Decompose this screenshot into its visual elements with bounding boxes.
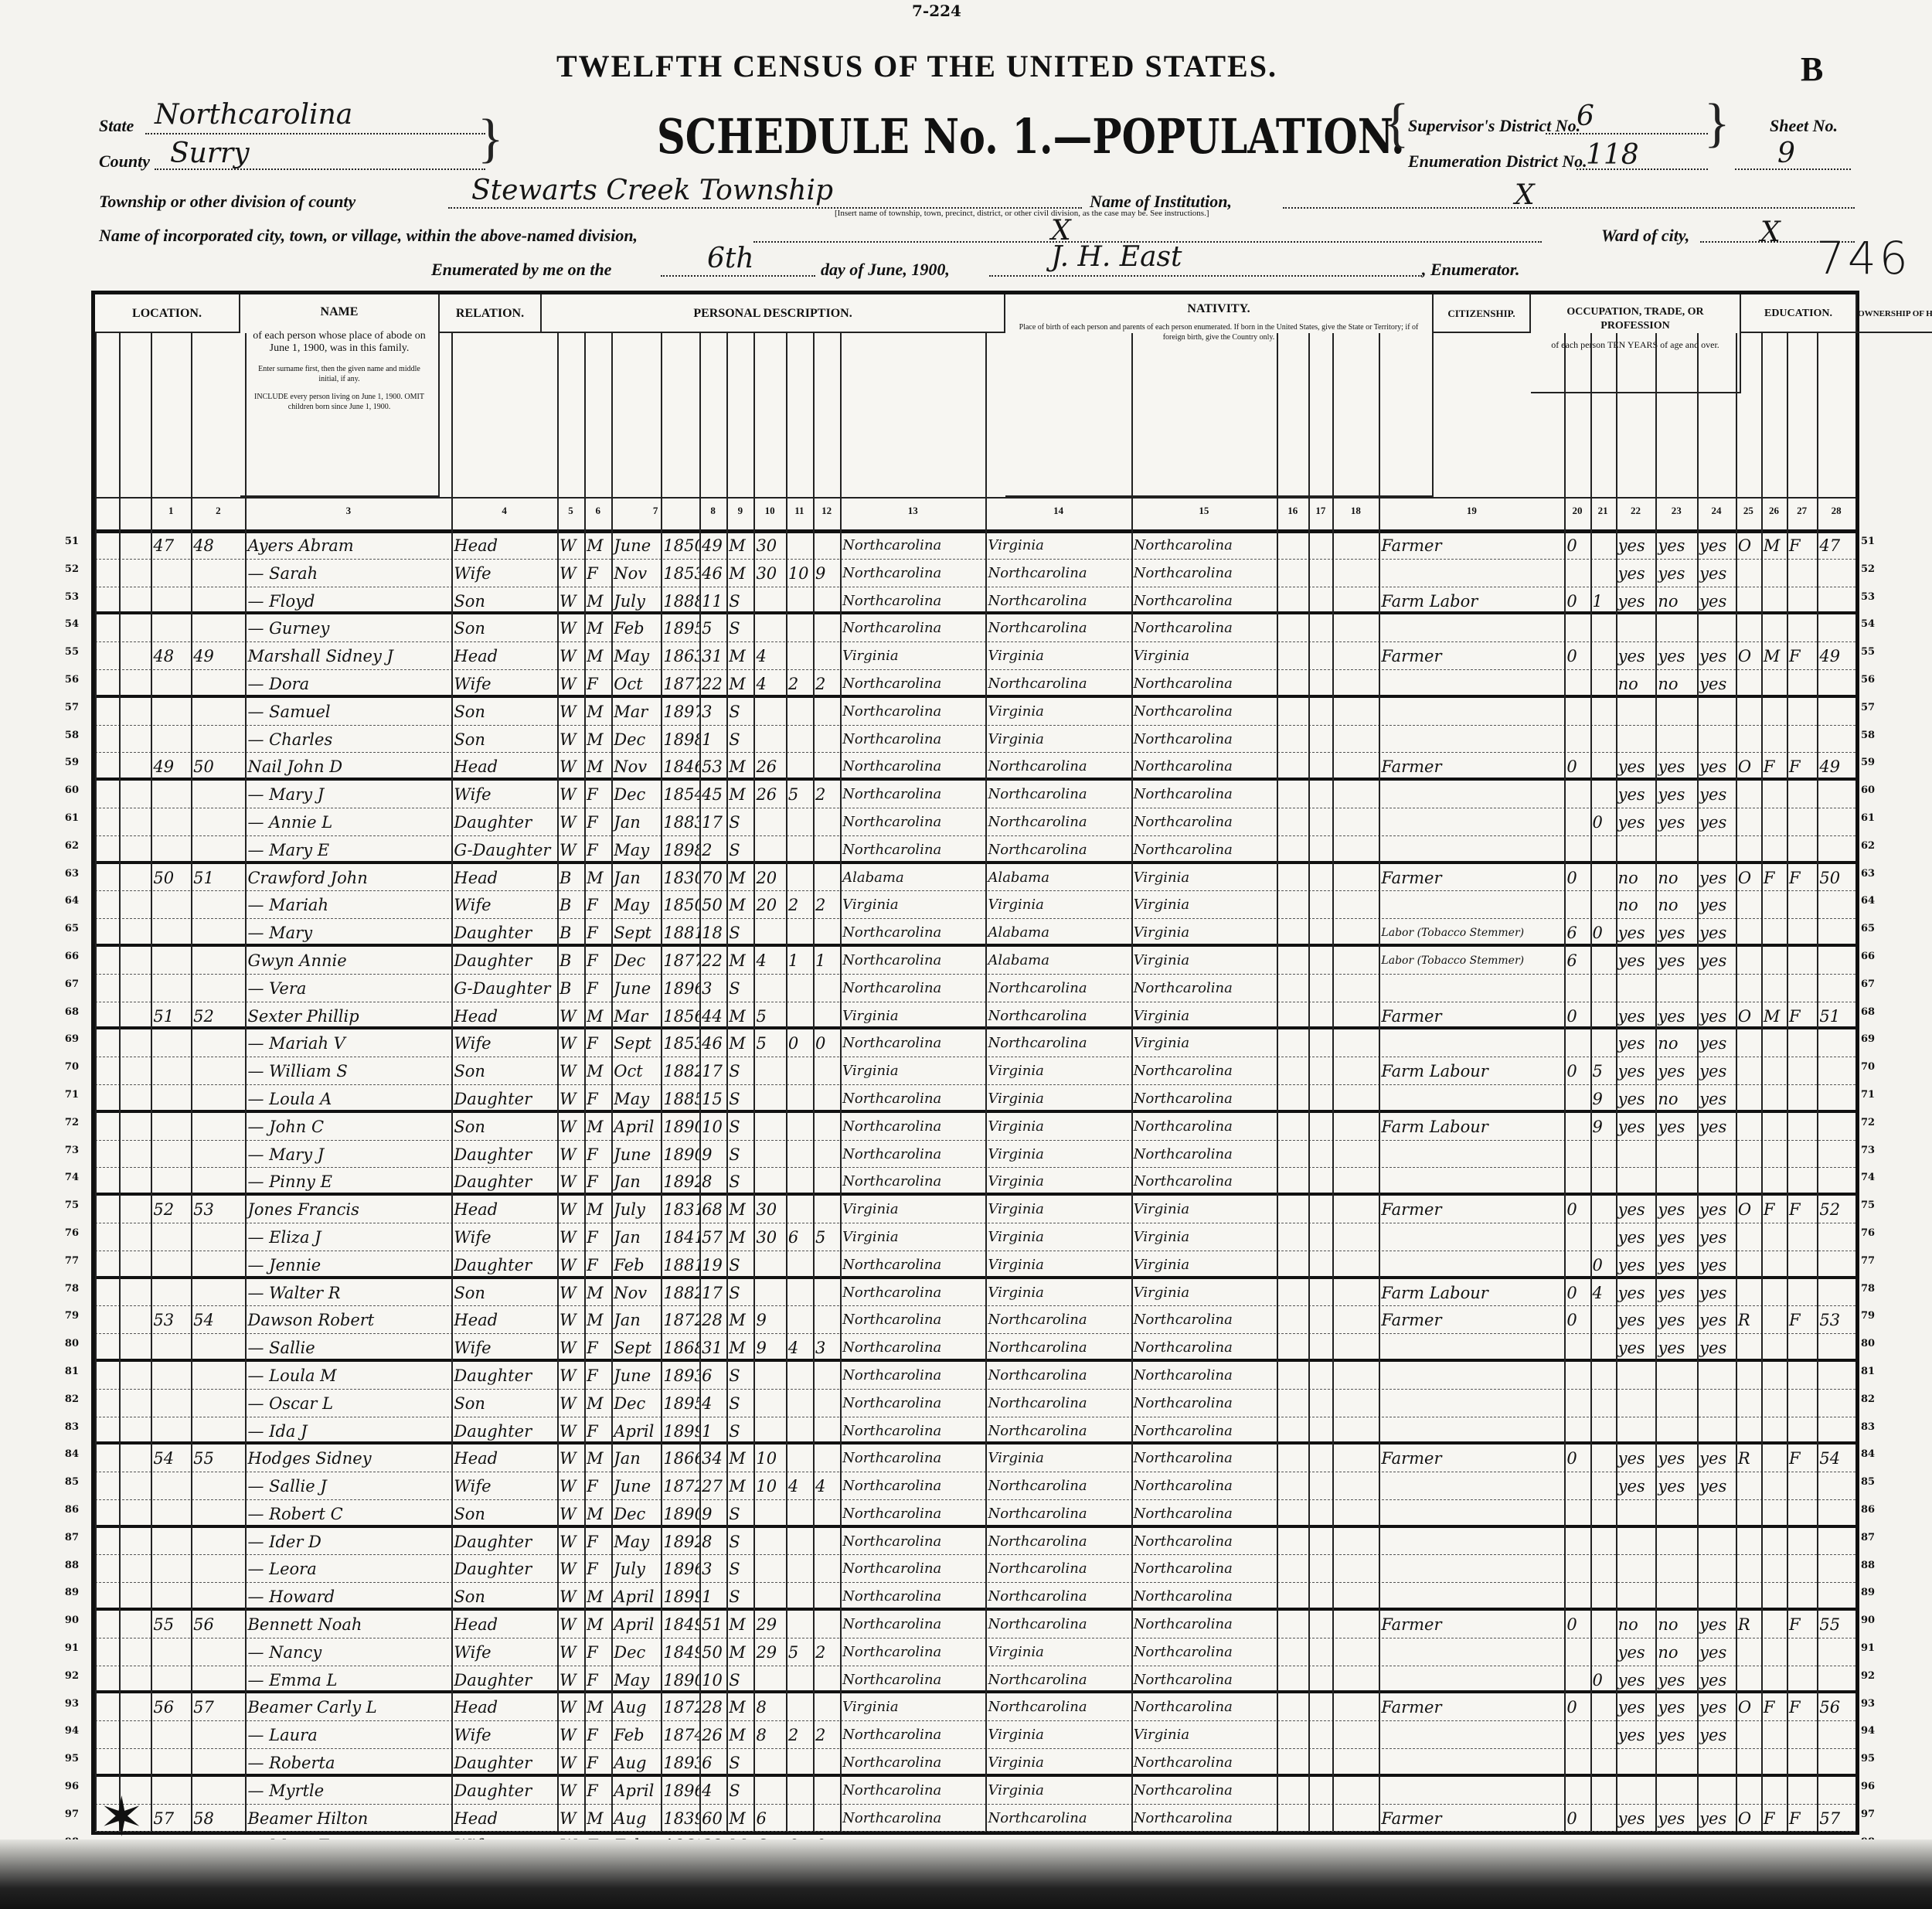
relation-cell: Daughter bbox=[451, 919, 557, 944]
occupation-cell: Farmer bbox=[1379, 532, 1564, 559]
mortgage-cell bbox=[1761, 891, 1787, 918]
sex-cell: M bbox=[584, 642, 611, 669]
age-cell: 3 bbox=[699, 698, 726, 725]
schedule-cell bbox=[1817, 560, 1855, 587]
unemployed-cell: 0 bbox=[1564, 864, 1590, 891]
father-birth-cell: Northcarolina bbox=[985, 975, 1131, 1002]
farm-cell: F bbox=[1787, 1805, 1817, 1832]
line-number: 56 bbox=[56, 674, 79, 686]
marital-cell: M bbox=[726, 1196, 753, 1223]
dwelling-cell bbox=[151, 1417, 191, 1442]
years-married-cell: 20 bbox=[753, 891, 785, 918]
farm-cell bbox=[1787, 1417, 1817, 1442]
name-cell: — Vera bbox=[245, 975, 451, 1002]
month-cell: June bbox=[611, 975, 661, 1002]
unemployed-cell bbox=[1564, 1334, 1590, 1359]
mortgage-cell bbox=[1761, 670, 1787, 695]
empty-cell bbox=[1308, 1749, 1332, 1774]
dwelling-cell bbox=[151, 1113, 191, 1140]
dwelling-cell bbox=[151, 1500, 191, 1525]
group-nativity: NATIVITY. Place of birth of each person … bbox=[1005, 294, 1434, 497]
birth-cell: Virginia bbox=[840, 642, 985, 669]
column-divider bbox=[813, 333, 815, 1831]
month-cell: Nov bbox=[611, 1279, 661, 1306]
line-number: 85 bbox=[56, 1476, 79, 1488]
race-cell: W bbox=[557, 532, 584, 559]
dwelling-cell bbox=[151, 1223, 191, 1251]
empty-cell bbox=[1332, 1141, 1379, 1168]
year-cell: 1854 bbox=[661, 781, 699, 808]
years-married-cell: 30 bbox=[753, 532, 785, 559]
line-number: 53 bbox=[1861, 591, 1884, 603]
english-cell: yes bbox=[1697, 1805, 1736, 1832]
line-number: 52 bbox=[1861, 563, 1884, 575]
unemployed-cell: 0 bbox=[1564, 642, 1590, 669]
line-number: 89 bbox=[1861, 1587, 1884, 1598]
race-cell: W bbox=[557, 587, 584, 612]
age-cell: 46 bbox=[699, 560, 726, 587]
empty-cell bbox=[95, 753, 119, 778]
empty-cell bbox=[1277, 836, 1308, 861]
year-cell: 1863 bbox=[661, 642, 699, 669]
empty-cell bbox=[119, 1666, 151, 1691]
school-cell bbox=[1590, 1472, 1616, 1499]
empty-cell bbox=[95, 1141, 119, 1168]
schedule-cell bbox=[1817, 1251, 1855, 1276]
marital-cell: S bbox=[726, 614, 753, 641]
empty-cell bbox=[1332, 1196, 1379, 1223]
schedule-cell bbox=[1817, 1555, 1855, 1582]
empty-cell bbox=[1277, 1721, 1308, 1748]
age-cell: 15 bbox=[699, 1085, 726, 1110]
schedule-cell bbox=[1817, 1113, 1855, 1140]
column-number: 25 bbox=[1736, 505, 1761, 517]
living-cell bbox=[813, 1611, 840, 1638]
year-cell: 1892 bbox=[661, 1168, 699, 1193]
english-cell: yes bbox=[1697, 1113, 1736, 1140]
line-number: 84 bbox=[56, 1448, 79, 1460]
mother-of-cell: 5 bbox=[786, 1638, 813, 1666]
school-cell bbox=[1590, 532, 1616, 559]
empty-cell bbox=[119, 1528, 151, 1555]
birth-cell: Northcarolina bbox=[840, 1334, 985, 1359]
english-cell: yes bbox=[1697, 1029, 1736, 1057]
empty-cell bbox=[1277, 1611, 1308, 1638]
english-cell bbox=[1697, 1749, 1736, 1774]
birth-cell: Northcarolina bbox=[840, 1721, 985, 1748]
empty-cell bbox=[1332, 1638, 1379, 1666]
age-cell: 17 bbox=[699, 1279, 726, 1306]
birth-cell: Virginia bbox=[840, 1002, 985, 1027]
school-cell: 9 bbox=[1590, 1085, 1616, 1110]
occupation-cell: Farm Labour bbox=[1379, 1057, 1564, 1084]
race-cell: W bbox=[557, 753, 584, 778]
father-birth-cell: Northcarolina bbox=[985, 1334, 1131, 1359]
read-cell: yes bbox=[1616, 1334, 1656, 1359]
farm-cell bbox=[1787, 1113, 1817, 1140]
name-cell: — Roberta bbox=[245, 1749, 451, 1774]
mortgage-cell bbox=[1761, 1472, 1787, 1499]
dwelling-cell: 56 bbox=[151, 1693, 191, 1720]
farm-cell bbox=[1787, 1279, 1817, 1306]
line-number: 56 bbox=[1861, 674, 1884, 686]
mother-birth-cell: Northcarolina bbox=[1131, 1805, 1277, 1832]
father-birth-cell: Virginia bbox=[985, 1196, 1131, 1223]
mother-birth-cell: Northcarolina bbox=[1131, 614, 1277, 641]
owned-cell bbox=[1736, 1638, 1761, 1666]
empty-cell bbox=[1332, 1583, 1379, 1608]
dwelling-cell bbox=[151, 726, 191, 753]
mother-of-cell bbox=[786, 753, 813, 778]
dwelling-cell bbox=[151, 891, 191, 918]
mother-of-cell bbox=[786, 642, 813, 669]
occupation-cell bbox=[1379, 1777, 1564, 1804]
write-cell: no bbox=[1655, 1638, 1697, 1666]
race-cell: W bbox=[557, 1279, 584, 1306]
month-cell: Mar bbox=[611, 1002, 661, 1027]
owned-cell bbox=[1736, 670, 1761, 695]
owned-cell bbox=[1736, 1168, 1761, 1193]
write-cell bbox=[1655, 614, 1697, 641]
sex-cell: M bbox=[584, 1279, 611, 1306]
father-birth-cell: Virginia bbox=[985, 1638, 1131, 1666]
english-cell bbox=[1697, 698, 1736, 725]
empty-cell bbox=[1277, 808, 1308, 835]
family-cell: 58 bbox=[191, 1805, 245, 1832]
year-cell: 1849 bbox=[661, 1638, 699, 1666]
school-cell bbox=[1590, 1611, 1616, 1638]
empty-cell bbox=[1332, 1721, 1379, 1748]
year-cell: 1890 bbox=[661, 1500, 699, 1525]
mother-birth-cell: Northcarolina bbox=[1131, 670, 1277, 695]
race-cell: W bbox=[557, 1113, 584, 1140]
age-cell: 8 bbox=[699, 1528, 726, 1555]
school-cell bbox=[1590, 947, 1616, 974]
unemployed-cell bbox=[1564, 614, 1590, 641]
mother-of-cell bbox=[786, 1251, 813, 1276]
empty-cell bbox=[1308, 975, 1332, 1002]
month-cell: Sept bbox=[611, 1029, 661, 1057]
marital-cell: M bbox=[726, 947, 753, 974]
read-cell: no bbox=[1616, 891, 1656, 918]
schedule-cell: 49 bbox=[1817, 753, 1855, 778]
years-married-cell: 30 bbox=[753, 1223, 785, 1251]
sex-cell: M bbox=[584, 1583, 611, 1608]
mother-birth-cell: Northcarolina bbox=[1131, 1362, 1277, 1389]
living-cell bbox=[813, 836, 840, 861]
living-cell bbox=[813, 1141, 840, 1168]
line-number: 79 bbox=[56, 1310, 79, 1322]
mortgage-cell bbox=[1761, 975, 1787, 1002]
mother-of-cell bbox=[786, 836, 813, 861]
sex-cell: M bbox=[584, 698, 611, 725]
mother-birth-cell: Virginia bbox=[1131, 1196, 1277, 1223]
english-cell: yes bbox=[1697, 1445, 1736, 1472]
dwelling-cell bbox=[151, 1251, 191, 1276]
living-cell bbox=[813, 1251, 840, 1276]
english-cell: yes bbox=[1697, 947, 1736, 974]
line-number: 54 bbox=[56, 618, 79, 630]
year-cell: 1893 bbox=[661, 1749, 699, 1774]
mother-of-cell bbox=[786, 1500, 813, 1525]
dwelling-cell bbox=[151, 1362, 191, 1389]
dwelling-cell bbox=[151, 560, 191, 587]
mother-of-cell bbox=[786, 1390, 813, 1417]
father-birth-cell: Northcarolina bbox=[985, 1002, 1131, 1027]
unemployed-cell: 0 bbox=[1564, 1057, 1590, 1084]
race-cell: W bbox=[557, 670, 584, 695]
write-cell: yes bbox=[1655, 919, 1697, 944]
dwelling-cell: 53 bbox=[151, 1306, 191, 1333]
name-cell: — Floyd bbox=[245, 587, 451, 612]
sheet-number: 9 bbox=[1777, 138, 1795, 169]
dwelling-cell bbox=[151, 1749, 191, 1774]
occupation-cell: Farmer bbox=[1379, 1805, 1564, 1832]
empty-cell bbox=[1332, 726, 1379, 753]
write-cell bbox=[1655, 1749, 1697, 1774]
unemployed-cell: 0 bbox=[1564, 532, 1590, 559]
school-cell bbox=[1590, 560, 1616, 587]
empty-cell bbox=[1308, 1168, 1332, 1193]
write-cell: yes bbox=[1655, 1693, 1697, 1720]
empty-cell bbox=[119, 1002, 151, 1027]
age-cell: 18 bbox=[699, 919, 726, 944]
dwelling-cell bbox=[151, 1168, 191, 1193]
relation-cell: G-Daughter bbox=[451, 975, 557, 1002]
population-table: LOCATION. NAME of each person whose plac… bbox=[91, 291, 1859, 1835]
relation-cell: Daughter bbox=[451, 1141, 557, 1168]
write-cell: yes bbox=[1655, 781, 1697, 808]
column-number: 28 bbox=[1817, 505, 1855, 517]
owned-cell: R bbox=[1736, 1611, 1761, 1638]
english-cell: yes bbox=[1697, 670, 1736, 695]
school-cell: 0 bbox=[1590, 808, 1616, 835]
line-number: 66 bbox=[56, 951, 79, 962]
mortgage-cell bbox=[1761, 781, 1787, 808]
dwelling-cell bbox=[151, 1777, 191, 1804]
line-number: 70 bbox=[56, 1061, 79, 1073]
empty-cell bbox=[95, 1334, 119, 1359]
father-birth-cell: Northcarolina bbox=[985, 614, 1131, 641]
empty-cell bbox=[1277, 532, 1308, 559]
empty-cell bbox=[1332, 1666, 1379, 1691]
relation-cell: Head bbox=[451, 642, 557, 669]
schedule-cell bbox=[1817, 1417, 1855, 1442]
group-name: NAME of each person whose place of abode… bbox=[240, 294, 440, 497]
year-cell: 1897 bbox=[661, 698, 699, 725]
empty-cell bbox=[119, 1168, 151, 1193]
dwelling-cell: 55 bbox=[151, 1611, 191, 1638]
unemployed-cell: 0 bbox=[1564, 1306, 1590, 1333]
line-number: 64 bbox=[56, 895, 79, 907]
race-cell: W bbox=[557, 560, 584, 587]
unemployed-cell bbox=[1564, 1528, 1590, 1555]
owned-cell bbox=[1736, 614, 1761, 641]
mother-of-cell bbox=[786, 1555, 813, 1582]
english-cell: yes bbox=[1697, 642, 1736, 669]
mother-of-cell bbox=[786, 1749, 813, 1774]
empty-cell bbox=[95, 1196, 119, 1223]
occupation-cell bbox=[1379, 1390, 1564, 1417]
english-cell: yes bbox=[1697, 1611, 1736, 1638]
stamp-number: 746 bbox=[1816, 232, 1911, 284]
english-cell: yes bbox=[1697, 560, 1736, 587]
family-cell bbox=[191, 919, 245, 944]
birth-cell: Northcarolina bbox=[840, 919, 985, 944]
line-number: 95 bbox=[1861, 1753, 1884, 1764]
owned-cell: O bbox=[1736, 642, 1761, 669]
years-married-cell bbox=[753, 1279, 785, 1306]
birth-cell: Northcarolina bbox=[840, 726, 985, 753]
mortgage-cell bbox=[1761, 698, 1787, 725]
mortgage-cell bbox=[1761, 614, 1787, 641]
father-birth-cell: Northcarolina bbox=[985, 560, 1131, 587]
birth-cell: Northcarolina bbox=[840, 532, 985, 559]
family-cell: 49 bbox=[191, 642, 245, 669]
birth-cell: Northcarolina bbox=[840, 1555, 985, 1582]
empty-cell bbox=[95, 1417, 119, 1442]
mortgage-cell bbox=[1761, 1417, 1787, 1442]
name-cell: — John C bbox=[245, 1113, 451, 1140]
write-cell: yes bbox=[1655, 1223, 1697, 1251]
empty-cell bbox=[1308, 1390, 1332, 1417]
year-cell: 1872 bbox=[661, 1693, 699, 1720]
empty-cell bbox=[1308, 1029, 1332, 1057]
mother-birth-cell: Northcarolina bbox=[1131, 808, 1277, 835]
empty-cell bbox=[119, 614, 151, 641]
line-number: 75 bbox=[56, 1200, 79, 1211]
race-cell: W bbox=[557, 698, 584, 725]
empty-cell bbox=[1308, 781, 1332, 808]
enumerator-label: , Enumerator. bbox=[1422, 260, 1520, 280]
marital-cell: S bbox=[726, 975, 753, 1002]
read-cell: yes bbox=[1616, 1113, 1656, 1140]
month-cell: Jan bbox=[611, 1445, 661, 1472]
living-cell bbox=[813, 1168, 840, 1193]
sex-cell: M bbox=[584, 864, 611, 891]
read-cell bbox=[1616, 726, 1656, 753]
family-cell bbox=[191, 1638, 245, 1666]
family-cell bbox=[191, 1472, 245, 1499]
unemployed-cell bbox=[1564, 808, 1590, 835]
empty-cell bbox=[119, 1223, 151, 1251]
race-cell: W bbox=[557, 1749, 584, 1774]
month-cell: May bbox=[611, 1528, 661, 1555]
year-cell: 1882 bbox=[661, 1279, 699, 1306]
line-number: 68 bbox=[1861, 1006, 1884, 1018]
family-cell bbox=[191, 1749, 245, 1774]
year-cell: 1866 bbox=[661, 1445, 699, 1472]
mother-birth-cell: Northcarolina bbox=[1131, 1113, 1277, 1140]
write-cell: yes bbox=[1655, 1445, 1697, 1472]
relation-cell: Head bbox=[451, 532, 557, 559]
column-divider bbox=[1787, 333, 1788, 1831]
race-cell: W bbox=[557, 836, 584, 861]
race-cell: B bbox=[557, 947, 584, 974]
write-cell: no bbox=[1655, 670, 1697, 695]
month-cell: April bbox=[611, 1611, 661, 1638]
empty-cell bbox=[1332, 614, 1379, 641]
line-number: 71 bbox=[56, 1089, 79, 1101]
dwelling-cell bbox=[151, 1057, 191, 1084]
owned-cell bbox=[1736, 975, 1761, 1002]
empty-cell bbox=[119, 1721, 151, 1748]
english-cell: yes bbox=[1697, 808, 1736, 835]
line-number: 57 bbox=[1861, 702, 1884, 713]
birth-cell: Northcarolina bbox=[840, 1638, 985, 1666]
relation-cell: Daughter bbox=[451, 1168, 557, 1193]
sex-cell: F bbox=[584, 1362, 611, 1389]
unemployed-cell bbox=[1564, 1251, 1590, 1276]
farm-cell bbox=[1787, 1721, 1817, 1748]
unemployed-cell: 0 bbox=[1564, 1805, 1590, 1832]
marital-cell: M bbox=[726, 1721, 753, 1748]
mother-birth-cell: Northcarolina bbox=[1131, 1611, 1277, 1638]
empty-cell bbox=[1308, 891, 1332, 918]
birth-cell: Northcarolina bbox=[840, 1777, 985, 1804]
schedule-cell bbox=[1817, 781, 1855, 808]
month-cell: May bbox=[611, 1085, 661, 1110]
family-cell bbox=[191, 1279, 245, 1306]
unemployed-cell bbox=[1564, 1472, 1590, 1499]
sex-cell: F bbox=[584, 781, 611, 808]
read-cell bbox=[1616, 1168, 1656, 1193]
empty-cell bbox=[1277, 864, 1308, 891]
empty-cell bbox=[119, 1057, 151, 1084]
owned-cell bbox=[1736, 1223, 1761, 1251]
schedule-cell bbox=[1817, 1638, 1855, 1666]
age-cell: 27 bbox=[699, 1472, 726, 1499]
year-cell: 1850 bbox=[661, 891, 699, 918]
mother-birth-cell: Northcarolina bbox=[1131, 726, 1277, 753]
relation-cell: Son bbox=[451, 1113, 557, 1140]
line-number: 85 bbox=[1861, 1476, 1884, 1488]
father-birth-cell: Virginia bbox=[985, 1223, 1131, 1251]
occupation-cell bbox=[1379, 1141, 1564, 1168]
family-cell bbox=[191, 1777, 245, 1804]
empty-cell bbox=[95, 864, 119, 891]
name-cell: — William S bbox=[245, 1057, 451, 1084]
farm-cell bbox=[1787, 1555, 1817, 1582]
race-cell: W bbox=[557, 1666, 584, 1691]
month-cell: Dec bbox=[611, 1390, 661, 1417]
father-birth-cell: Northcarolina bbox=[985, 1472, 1131, 1499]
column-divider bbox=[1655, 333, 1657, 1831]
empty-cell bbox=[1277, 1334, 1308, 1359]
birth-cell: Northcarolina bbox=[840, 781, 985, 808]
name-cell: — Charles bbox=[245, 726, 451, 753]
read-cell: yes bbox=[1616, 1666, 1656, 1691]
form-code: 7-224 bbox=[912, 2, 961, 20]
relation-cell: Head bbox=[451, 864, 557, 891]
race-cell: W bbox=[557, 1500, 584, 1525]
line-number: 95 bbox=[56, 1753, 79, 1764]
empty-cell bbox=[1277, 891, 1308, 918]
marital-cell: M bbox=[726, 670, 753, 695]
write-cell: no bbox=[1655, 1085, 1697, 1110]
schedule-cell bbox=[1817, 1057, 1855, 1084]
schedule-cell bbox=[1817, 975, 1855, 1002]
mother-of-cell bbox=[786, 1805, 813, 1832]
name-cell: — Mariah V bbox=[245, 1029, 451, 1057]
age-cell: 6 bbox=[699, 1749, 726, 1774]
year-cell: 1890 bbox=[661, 1113, 699, 1140]
sex-cell: M bbox=[584, 1693, 611, 1720]
column-divider bbox=[1761, 333, 1763, 1831]
township-label: Township or other division of county bbox=[99, 192, 355, 212]
sex-cell: F bbox=[584, 919, 611, 944]
family-cell: 50 bbox=[191, 753, 245, 778]
